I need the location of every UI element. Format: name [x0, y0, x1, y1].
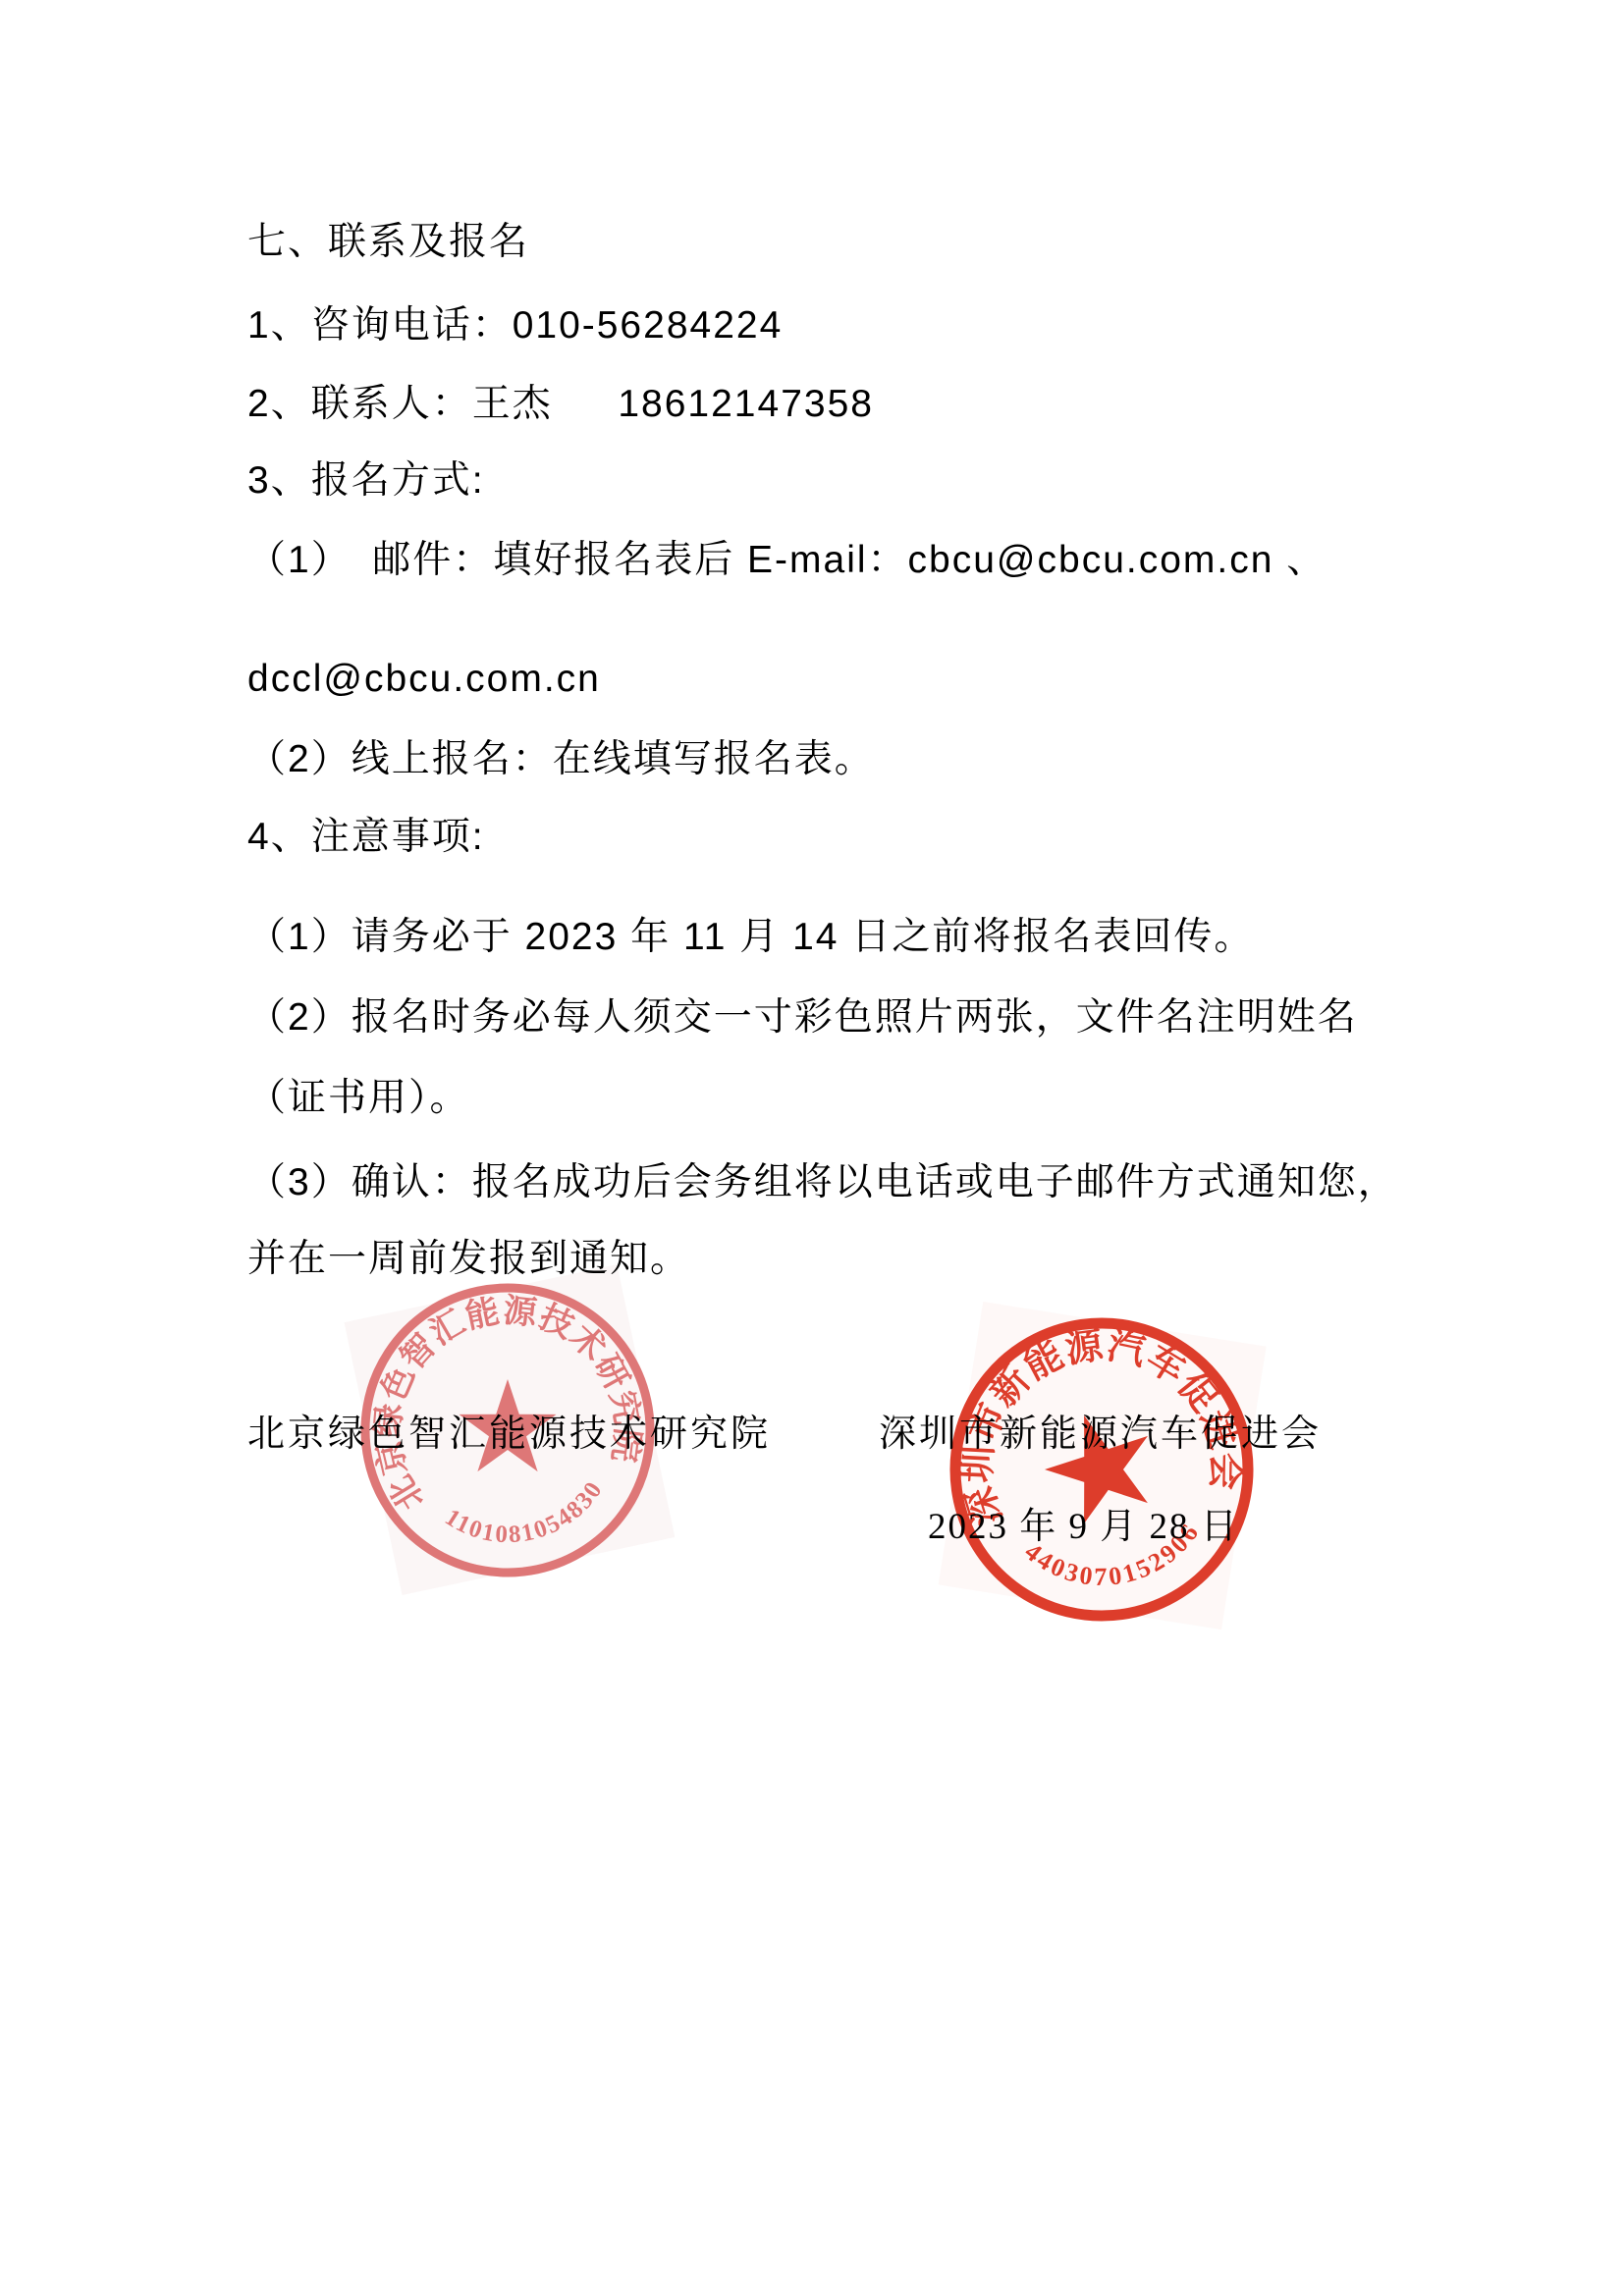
signature-date: 2023 年 9 月 28 日 [928, 1496, 1239, 1549]
org-name-right: 深圳市新能源汽车促进会 [879, 1412, 1322, 1457]
contact-person-line: 2、联系人：王杰 18612147358 [247, 382, 874, 427]
notes-heading: 4、注意事项: [247, 815, 485, 860]
document-page: 北京绿色智汇能源技术研究院 1101081054830 深圳市新能源汽车促进会 … [0, 0, 1624, 2296]
org-name-left: 北京绿色智汇能源技术研究院 [247, 1412, 771, 1457]
email-method-line: （1） 邮件：填好报名表后 E-mail：cbcu@cbcu.com.cn 、 [247, 538, 1326, 583]
note-deadline-line: （1）请务必于 2023 年 11 月 14 日之前将报名表回传。 [247, 915, 1254, 960]
online-method-line: （2）线上报名：在线填写报名表。 [247, 737, 875, 782]
email-address-line: dccl@cbcu.com.cn [247, 657, 601, 702]
section-heading: 七、联系及报名 [247, 220, 529, 265]
note-confirm-line-cont: 并在一周前发报到通知。 [247, 1237, 690, 1282]
note-photo-line-cont: （证书用）。 [247, 1076, 470, 1121]
note-confirm-line: （3）确认：报名成功后会务组将以电话或电子邮件方式通知您， [247, 1160, 1398, 1205]
note-photo-line: （2）报名时务必每人须交一寸彩色照片两张，文件名注明姓名 [247, 995, 1358, 1041]
phone-line: 1、咨询电话：010-56284224 [247, 303, 783, 348]
shenzhen-association-seal: 深圳市新能源汽车促进会 4403070152906 [925, 1293, 1278, 1646]
registration-method-heading: 3、报名方式: [247, 458, 485, 504]
